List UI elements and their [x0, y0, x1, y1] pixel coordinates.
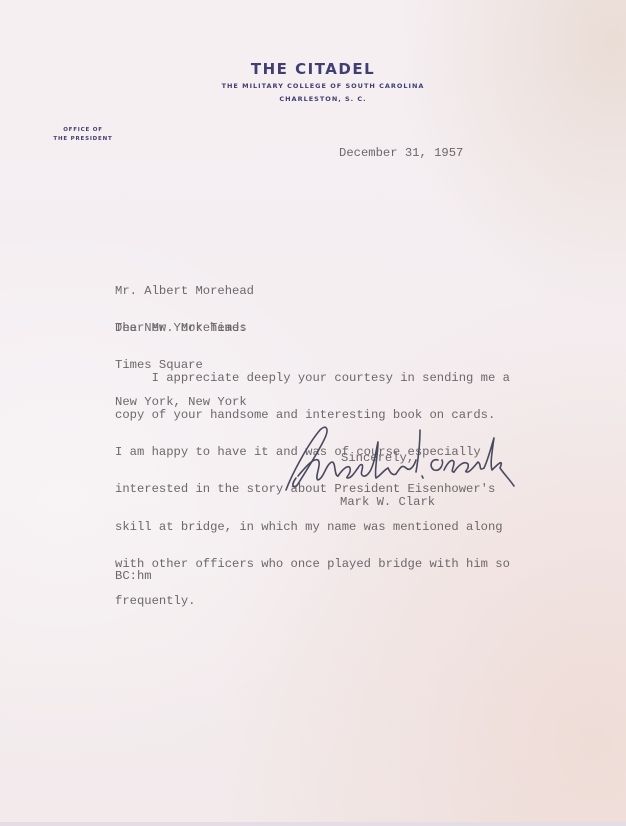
body-line: I appreciate deeply your courtesy in sen… [115, 372, 510, 384]
letter-date: December 31, 1957 [339, 147, 463, 159]
reference-initials: BC:hm [115, 570, 152, 582]
body-line: skill at bridge, in which my name was me… [115, 521, 510, 533]
office-line-2: THE PRESIDENT [48, 135, 118, 144]
signer-name: Mark W. Clark [340, 496, 435, 508]
letter-page: THE CITADEL THE MILITARY COLLEGE OF SOUT… [0, 0, 626, 826]
office-of-president: OFFICE OF THE PRESIDENT [48, 126, 118, 144]
salutation: Dear Mr. Morehead: [115, 322, 247, 334]
body-line: copy of your handsome and interesting bo… [115, 409, 510, 421]
office-line-1: OFFICE OF [48, 126, 118, 135]
body-line: with other officers who once played brid… [115, 558, 510, 570]
recipient-name: Mr. Albert Morehead [115, 285, 254, 297]
letterhead-location: CHARLESTON, S. C. [10, 95, 626, 103]
letterhead-title: THE CITADEL [0, 60, 626, 78]
handwritten-signature [278, 424, 518, 500]
letterhead-subtitle: THE MILITARY COLLEGE OF SOUTH CAROLINA [10, 82, 626, 90]
body-line: frequently. [115, 595, 510, 607]
